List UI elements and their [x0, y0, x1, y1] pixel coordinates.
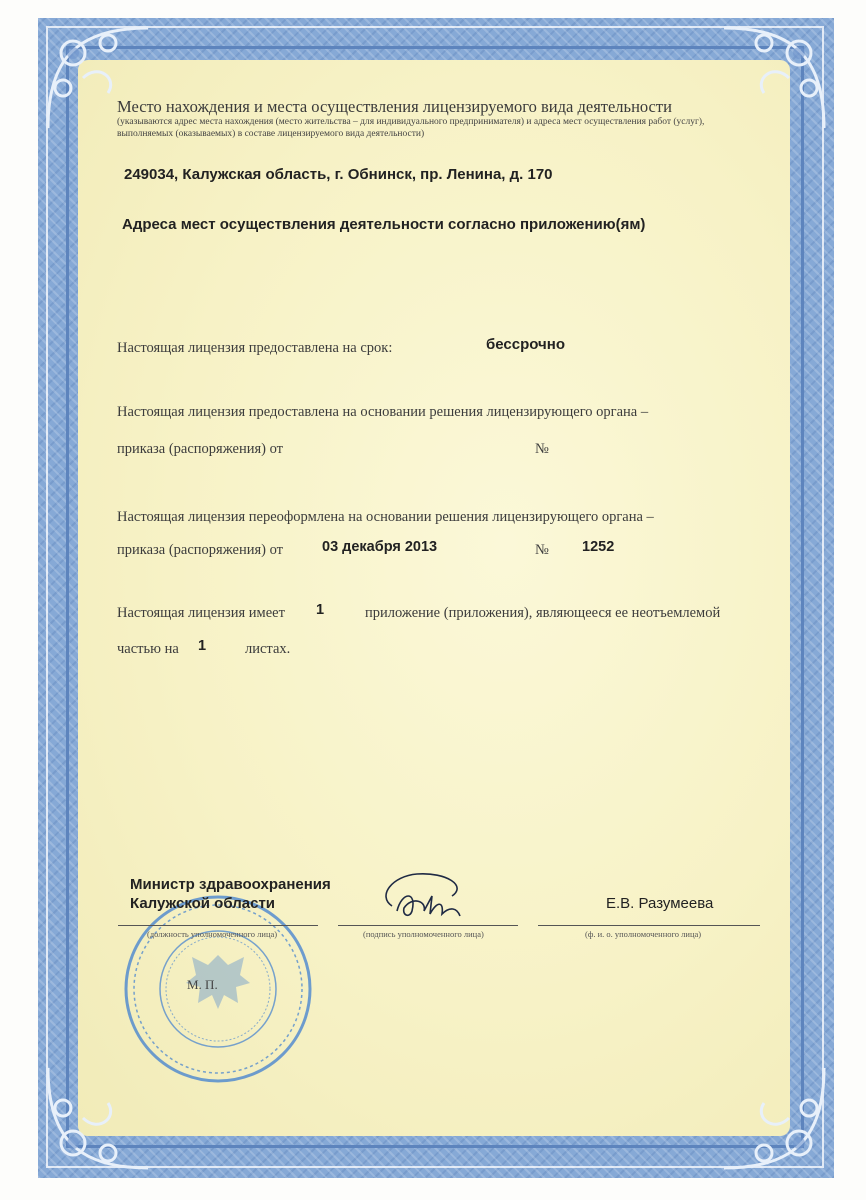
official-seal-icon [122, 893, 314, 1085]
basis-number-label: № [535, 441, 549, 458]
position-caption: (должность уполномоченного лица) [147, 929, 277, 939]
appendix-count: 1 [316, 602, 324, 618]
corner-ornament-icon [714, 18, 834, 138]
reissue-line: Настоящая лицензия переоформлена на осно… [117, 509, 654, 526]
seal-placeholder-label: М. П. [187, 977, 218, 993]
appendix-label: Настоящая лицензия имеет [117, 605, 285, 622]
section-heading: Место нахождения и места осуществления л… [117, 97, 672, 117]
signature-underline [338, 925, 518, 926]
signature-caption: (подпись уполномоченного лица) [363, 929, 484, 939]
appendix-sheets: 1 [198, 638, 206, 654]
heading-note: (указываются адрес места нахождения (мес… [117, 117, 704, 127]
signer-position: Калужской области [130, 895, 275, 912]
reissue-order-label: приказа (распоряжения) от [117, 542, 283, 559]
signer-position: Министр здравоохранения [130, 876, 331, 893]
position-underline [118, 925, 318, 926]
license-page: Место нахождения и места осуществления л… [0, 0, 866, 1200]
reissue-number-label: № [535, 542, 549, 559]
term-label: Настоящая лицензия предоставлена на срок… [117, 340, 392, 357]
name-underline [538, 925, 760, 926]
corner-ornament-icon [714, 1058, 834, 1178]
handwritten-signature-icon [372, 866, 472, 926]
reissue-date: 03 декабря 2013 [322, 539, 437, 555]
basis-order-label: приказа (распоряжения) от [117, 441, 283, 458]
name-caption: (ф. и. о. уполномоченного лица) [585, 929, 701, 939]
reissue-number: 1252 [582, 539, 614, 555]
heading-note: выполняемых (оказываемых) в составе лице… [117, 129, 424, 139]
term-value: бессрочно [486, 336, 565, 353]
appendix-label-end: приложение (приложения), являющееся ее н… [365, 605, 720, 622]
appendix-sheets-label: частью на [117, 641, 179, 658]
appendix-sheets-label-end: листах. [245, 641, 290, 658]
activity-addresses-note: Адреса мест осуществления деятельности с… [122, 216, 645, 233]
basis-line: Настоящая лицензия предоставлена на осно… [117, 404, 648, 421]
signer-name: Е.В. Разумеева [606, 895, 713, 912]
legal-address: 249034, Калужская область, г. Обнинск, п… [124, 166, 553, 183]
